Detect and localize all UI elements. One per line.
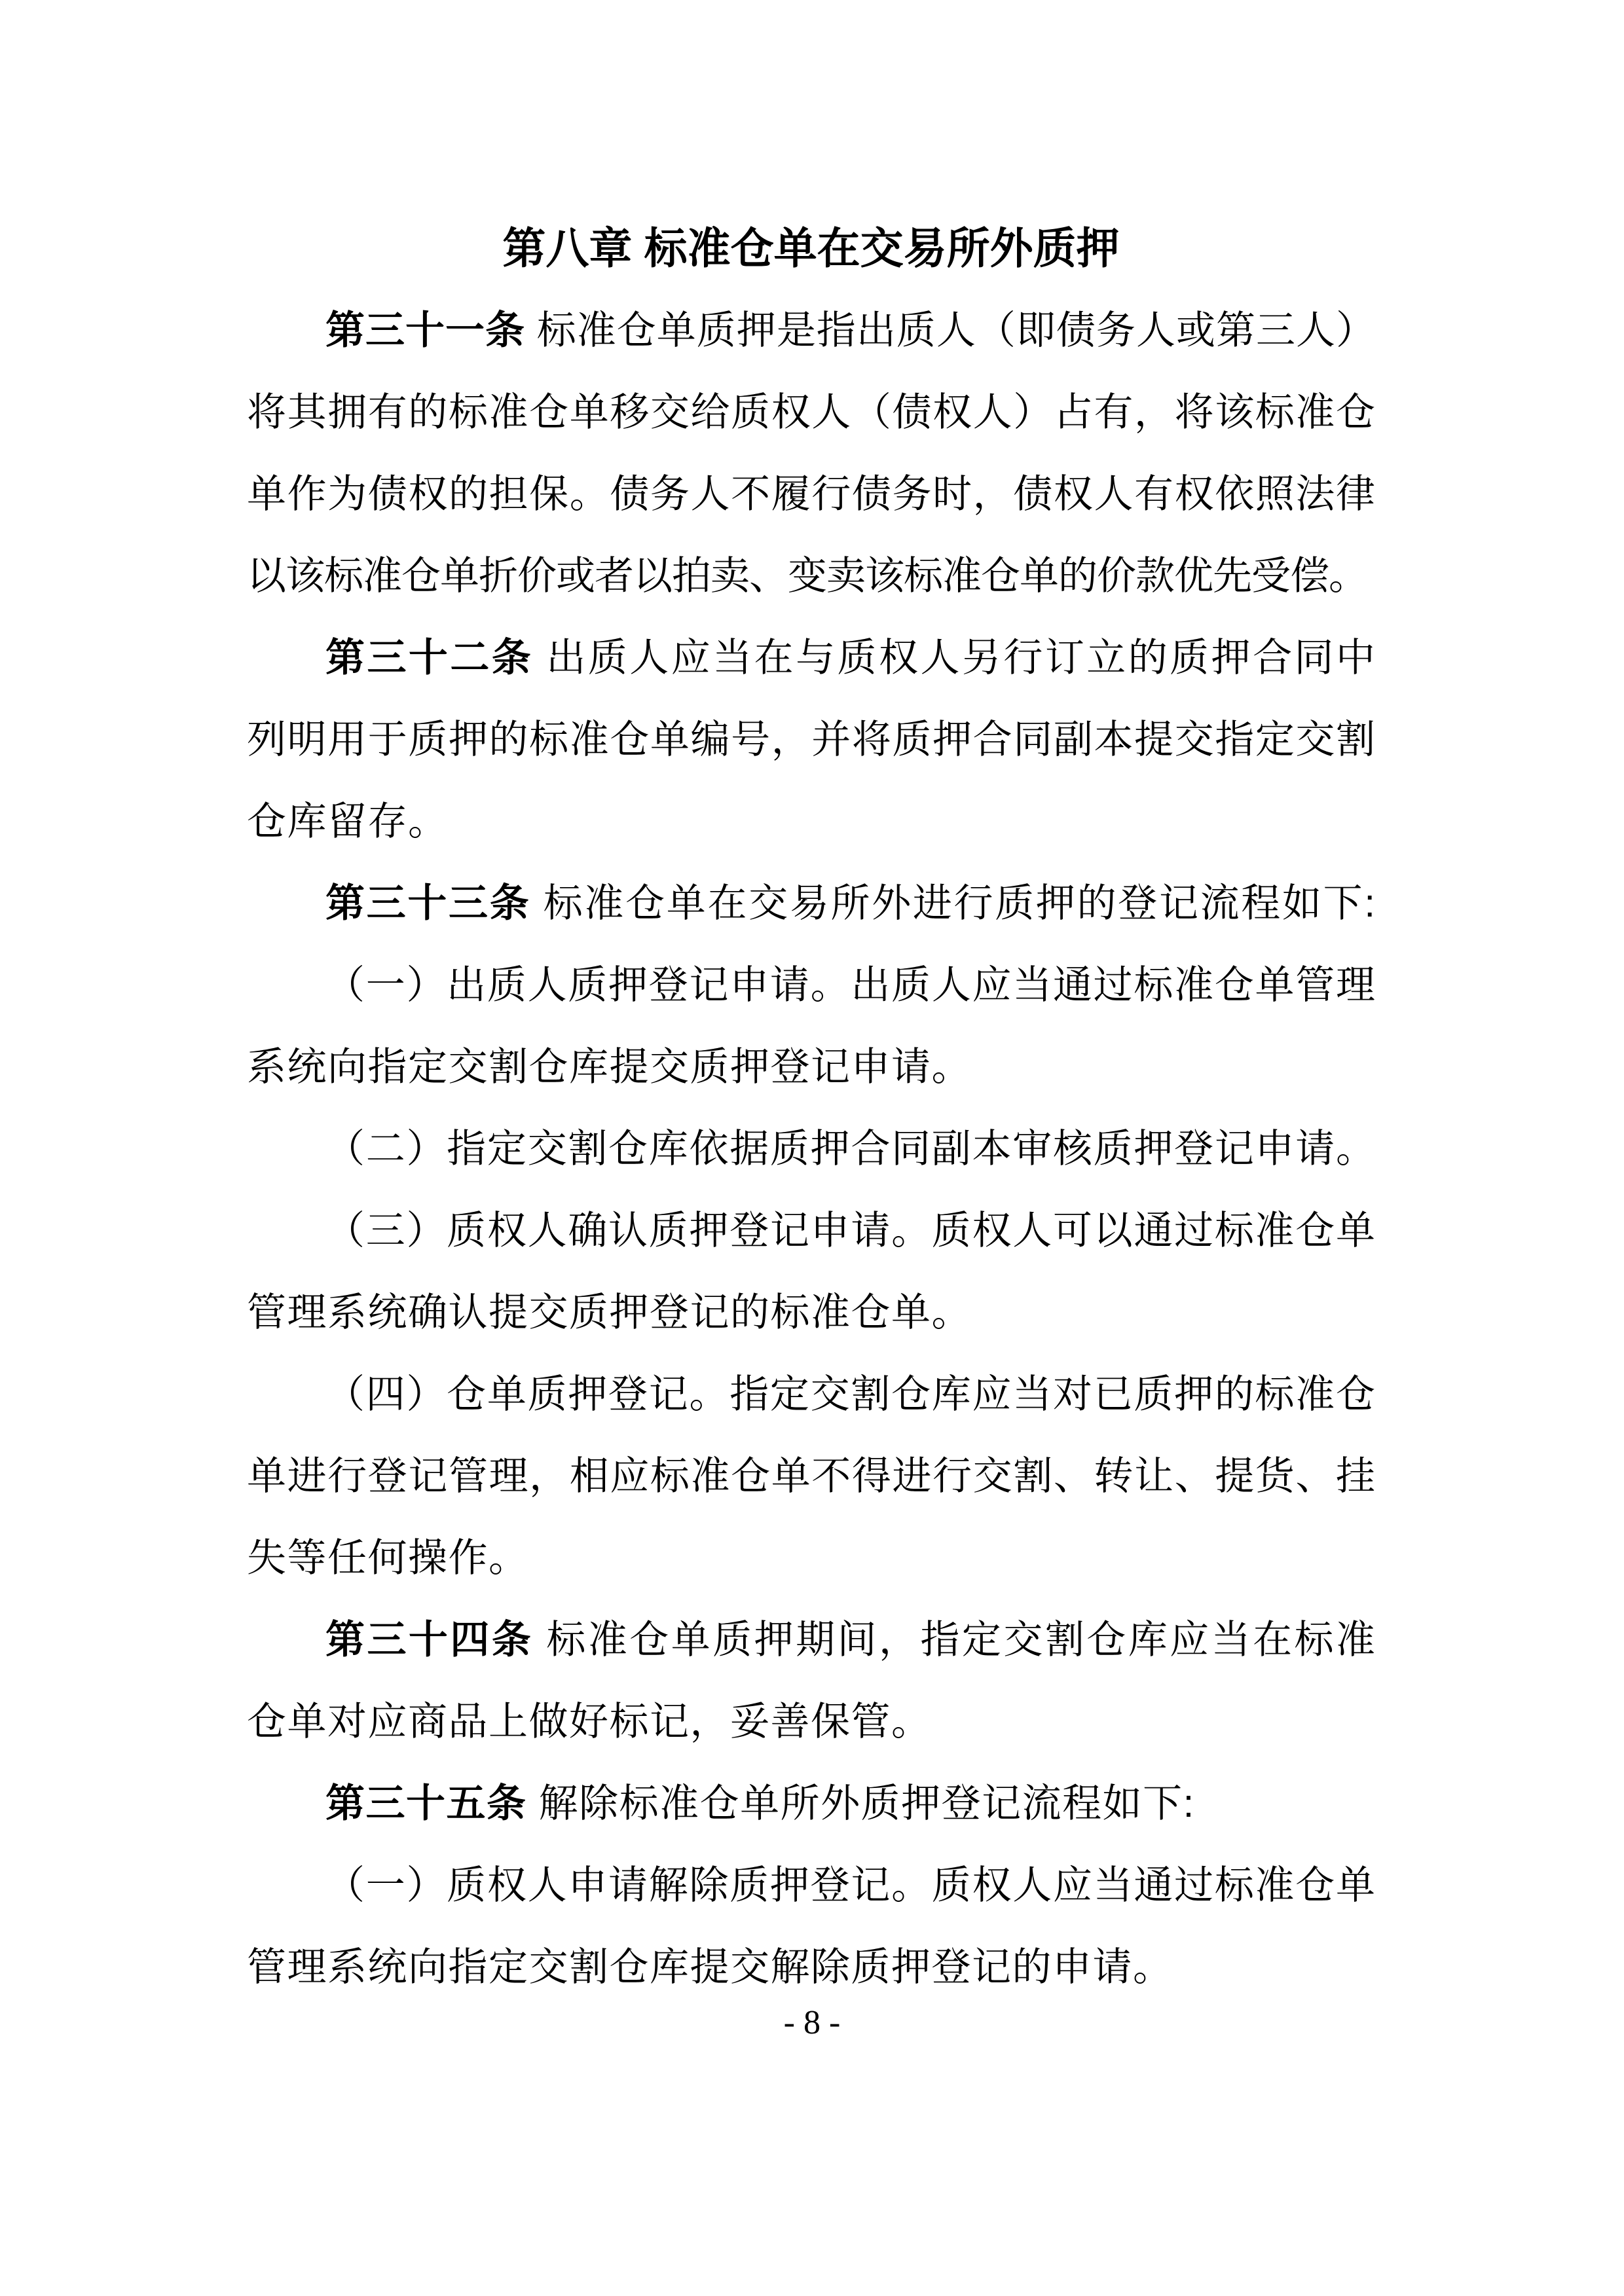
article-number: 第三十三条	[325, 881, 530, 925]
article-number: 第三十一条	[325, 308, 525, 352]
text-line: 以该标准仓单折价或者以拍卖、变卖该标准仓单的价款优先受偿。	[247, 535, 1375, 617]
text-line: 将其拥有的标准仓单移交给质权人（债权人）占有，将该标准仓	[247, 371, 1375, 453]
text-line: 第三十五条 解除标准仓单所外质押登记流程如下:	[247, 1762, 1375, 1844]
text-line: 仓库留存。	[247, 780, 1375, 862]
chapter-title: 第八章 标准仓单在交易所外质押	[247, 208, 1375, 289]
text-line: 系统向指定交割仓库提交质押登记申请。	[247, 1026, 1375, 1108]
text-line: 第三十三条 标准仓单在交易所外进行质押的登记流程如下:	[247, 862, 1375, 944]
page-number: - 8 -	[0, 2000, 1624, 2046]
text-line: （一）质权人申请解除质押登记。质权人应当通过标准仓单	[247, 1844, 1375, 1926]
text-line: （二）指定交割仓库依据质押合同副本审核质押登记申请。	[247, 1108, 1375, 1190]
text-line: 列明用于质押的标准仓单编号，并将质押合同副本提交指定交割	[247, 699, 1375, 780]
text-line: 管理系统确认提交质押登记的标准仓单。	[247, 1271, 1375, 1353]
text-line: 仓单对应商品上做好标记，妥善保管。	[247, 1681, 1375, 1762]
text-line: 第三十四条 标准仓单质押期间，指定交割仓库应当在标准	[247, 1599, 1375, 1681]
text-line: 第三十一条 标准仓单质押是指出质人（即债务人或第三人）	[247, 289, 1375, 371]
document-body: 第八章 标准仓单在交易所外质押 第三十一条 标准仓单质押是指出质人（即债务人或第…	[247, 208, 1375, 2008]
article-number: 第三十四条	[325, 1618, 533, 1662]
text-line: 单作为债权的担保。债务人不履行债务时，债权人有权依照法律	[247, 453, 1375, 535]
paragraphs: 第三十一条 标准仓单质押是指出质人（即债务人或第三人）将其拥有的标准仓单移交给质…	[247, 289, 1375, 2008]
text-line: （一）出质人质押登记申请。出质人应当通过标准仓单管理	[247, 944, 1375, 1026]
article-number: 第三十二条	[325, 636, 533, 680]
text-line: （三）质权人确认质押登记申请。质权人可以通过标准仓单	[247, 1190, 1375, 1271]
text-line: 第三十二条 出质人应当在与质权人另行订立的质押合同中	[247, 617, 1375, 699]
text-line: 管理系统向指定交割仓库提交解除质押登记的申请。	[247, 1926, 1375, 2008]
document-page: 第八章 标准仓单在交易所外质押 第三十一条 标准仓单质押是指出质人（即债务人或第…	[0, 0, 1624, 2296]
article-number: 第三十五条	[325, 1781, 527, 1825]
text-line: 失等任何操作。	[247, 1517, 1375, 1599]
text-line: （四）仓单质押登记。指定交割仓库应当对已质押的标准仓	[247, 1353, 1375, 1435]
text-line: 单进行登记管理，相应标准仓单不得进行交割、转让、提货、挂	[247, 1435, 1375, 1517]
